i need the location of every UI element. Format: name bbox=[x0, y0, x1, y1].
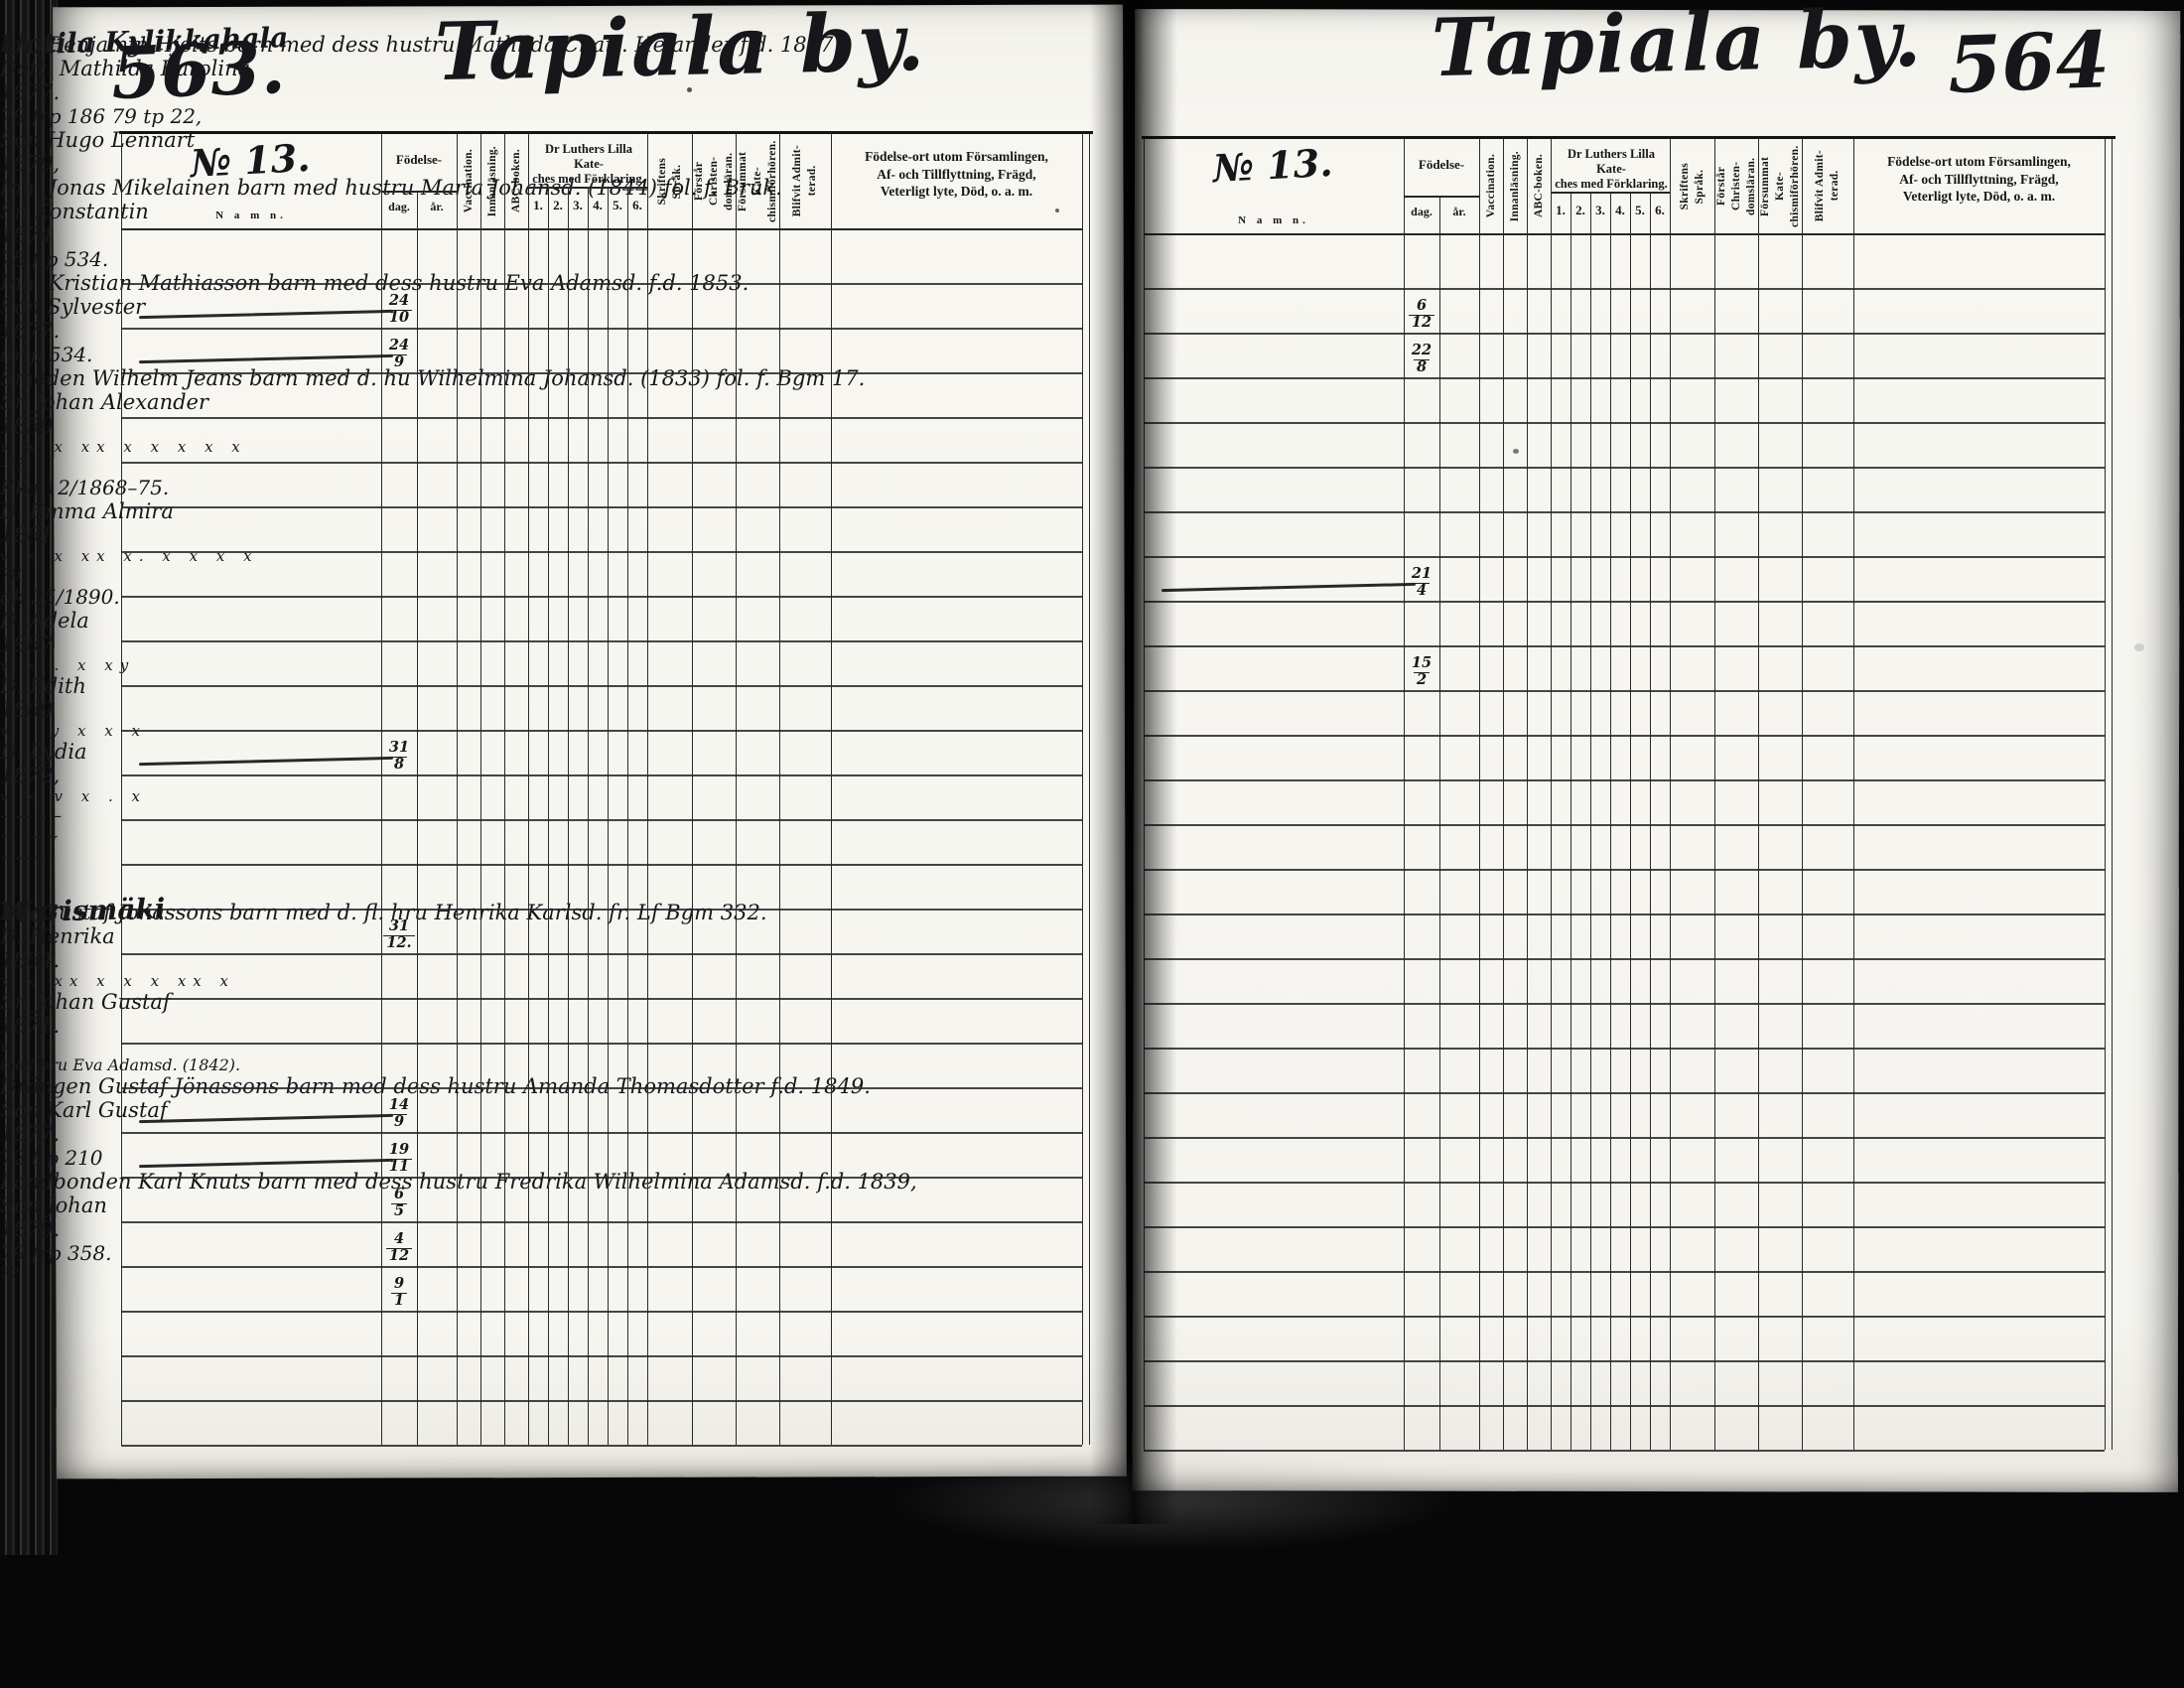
grid-hline bbox=[1144, 824, 2105, 826]
exam-marks: v x . x xy bbox=[0, 656, 2184, 674]
header-kateches-col: 4. bbox=[1610, 203, 1630, 218]
grid-vline bbox=[480, 134, 481, 1445]
grid-hline bbox=[121, 1043, 1082, 1045]
grid-vline bbox=[1758, 139, 1759, 1450]
grid-vline bbox=[457, 134, 458, 1445]
birth-day-part: 9 bbox=[394, 1277, 404, 1292]
grid-vline bbox=[1610, 192, 1611, 1450]
birth-day: 152 bbox=[1405, 656, 1438, 687]
grid-hline bbox=[121, 685, 1082, 687]
birth-year: 1877. bbox=[0, 319, 2184, 343]
grid-vline bbox=[1650, 192, 1651, 1450]
grid-hline bbox=[121, 328, 1082, 330]
header-abc-boken-label: ABC-boken. bbox=[509, 149, 524, 212]
exam-marks: v x x xx x x x x x bbox=[0, 438, 2184, 456]
grid-hline bbox=[1144, 779, 2105, 781]
birth-year: 1869 bbox=[0, 698, 2184, 722]
birth-day: 2410 bbox=[382, 294, 416, 325]
birth-day-part: 9 bbox=[391, 1114, 407, 1130]
grid-hline bbox=[121, 372, 1082, 374]
grid-hline bbox=[1144, 511, 2105, 513]
grid-hline bbox=[1144, 601, 2105, 603]
header-vaccination-label: Vaccination. bbox=[462, 149, 477, 212]
grade-note: 78. bbox=[0, 565, 2184, 585]
margin-note: Kka 12/1868–75. bbox=[0, 476, 2184, 499]
grade-note: -75. bbox=[0, 456, 2184, 476]
grid-vline bbox=[779, 134, 780, 1445]
header-kateches: Dr Luthers Lilla Kate- ches med Förklari… bbox=[1553, 147, 1670, 192]
header-kateches-col: 2. bbox=[1570, 203, 1590, 218]
grid-hline bbox=[121, 1087, 1082, 1089]
header-ar: år. bbox=[417, 200, 457, 214]
birth-day-part: 4 bbox=[394, 1232, 404, 1247]
grid-vline bbox=[1082, 134, 1083, 1445]
grid-vline bbox=[2112, 139, 2113, 1450]
scanned-ledger-photo: { "table_header": { "namn": "N a m n.", … bbox=[0, 0, 2184, 1688]
birth-day-part: 12 bbox=[386, 1248, 412, 1264]
birth-day-part: 19 bbox=[389, 1143, 409, 1158]
header-vaccination: Vaccination. bbox=[1479, 141, 1503, 231]
header-skriftens-sprak-label: Skriftens Språk. bbox=[655, 158, 685, 205]
grid-hline bbox=[1144, 1048, 2105, 1050]
header-kateches-col: 6. bbox=[627, 198, 647, 213]
header-abc-boken: ABC-boken. bbox=[504, 136, 528, 226]
header-fodelse: Födelse- bbox=[1404, 157, 1479, 173]
grid-vline bbox=[1503, 139, 1504, 1450]
grid-hline bbox=[121, 417, 1082, 419]
birth-day-part: 12 bbox=[1409, 315, 1434, 331]
grid-hline bbox=[1144, 914, 2105, 915]
grid-vline bbox=[417, 191, 418, 1445]
birth-day-part: 24 bbox=[389, 294, 409, 309]
grid-hline bbox=[121, 1400, 1082, 1402]
grid-hline bbox=[121, 640, 1082, 642]
header-forstar-christendomslaran-label: Förstår Christen- domsläran. bbox=[692, 136, 737, 226]
margin-note: 75 f p 534. bbox=[0, 247, 2184, 271]
header-abc-boken: ABC-boken. bbox=[1527, 141, 1551, 231]
birth-day: 1911 bbox=[382, 1143, 416, 1174]
grid-vline bbox=[1714, 139, 1715, 1450]
person-name: Son Sylvester bbox=[0, 295, 2184, 319]
header-forstar-christendomslaran: Förstår Christen- domsläran. bbox=[1714, 141, 1758, 231]
header-blifvit-admitterad: Blifvit Admit- terad. bbox=[779, 136, 831, 226]
header-abc-boken-label: ABC-boken. bbox=[1532, 154, 1547, 217]
grid-vline bbox=[528, 134, 529, 1445]
birth-year: 1877. bbox=[0, 1122, 2184, 1146]
grid-hline bbox=[121, 1177, 1082, 1179]
grid-hline bbox=[121, 819, 1082, 821]
header-forstar-christendomslaran: Förstår Christen- domsläran. bbox=[692, 136, 736, 226]
grid-hline bbox=[121, 1266, 1082, 1268]
header-kateches-col: 6. bbox=[1650, 203, 1670, 218]
grid-hline bbox=[121, 953, 1082, 955]
birth-day: 318 bbox=[382, 741, 416, 772]
grid-vline bbox=[1590, 192, 1591, 1450]
header-kateches-col: 1. bbox=[528, 198, 548, 213]
household-no: № 13. bbox=[160, 133, 341, 187]
header-kateches-col: 5. bbox=[1630, 203, 1650, 218]
birth-day-part: 14 bbox=[389, 1098, 409, 1113]
grid-hline bbox=[1144, 1182, 2105, 1184]
exam-marks: x x xx x x x xx x bbox=[0, 972, 2184, 990]
birth-day-part: 8 bbox=[391, 757, 407, 773]
grid-hline bbox=[121, 1355, 1082, 1357]
grid-vline bbox=[1802, 139, 1803, 1450]
margin-note: 72 t p 210 bbox=[0, 1146, 2184, 1170]
header-vaccination: Vaccination. bbox=[457, 136, 480, 226]
grid-vline bbox=[548, 187, 549, 1445]
person-name: Son Johan bbox=[0, 1194, 2184, 1217]
header-innanlasning: Innanläsning. bbox=[480, 136, 504, 226]
grid-hline bbox=[121, 506, 1082, 508]
birth-day-part: 15 bbox=[1412, 656, 1432, 671]
grid-hline bbox=[121, 1445, 1082, 1447]
table-top-border bbox=[1142, 136, 2116, 139]
header-innanlasning-label: Innanläsning. bbox=[485, 146, 500, 216]
person-name: D. Adela bbox=[0, 609, 2184, 633]
grid-vline bbox=[1144, 139, 1145, 1450]
birth-year: 1864. bbox=[0, 948, 2184, 972]
birth-day-part: 11 bbox=[386, 1159, 412, 1175]
grid-hline bbox=[1144, 690, 2105, 692]
birth-day-part: 21 bbox=[1412, 567, 1432, 582]
header-innanlasning-label: Innanläsning. bbox=[1508, 151, 1523, 221]
household-no: № 13. bbox=[1182, 138, 1363, 192]
header-blifvit-admitterad-label: Blifvit Admit- terad. bbox=[1813, 150, 1843, 221]
grid-hline bbox=[121, 1311, 1082, 1313]
person-name: D. Henrika bbox=[0, 924, 2184, 948]
header-skriftens-sprak: Skriftens Språk. bbox=[1670, 141, 1714, 231]
grid-hline bbox=[1144, 288, 2105, 290]
family-entry: Drängen Gustaf Jönassons barn med dess h… bbox=[0, 1074, 2184, 1098]
birth-day: 412 bbox=[382, 1232, 416, 1263]
birth-day-part: 1 bbox=[391, 1293, 407, 1309]
grid-vline bbox=[504, 134, 505, 1445]
birth-day-part: 4 bbox=[1414, 583, 1430, 599]
header-ar: år. bbox=[1439, 205, 1479, 219]
grid-hline bbox=[1144, 645, 2105, 647]
header-dag: dag. bbox=[381, 200, 417, 214]
scan-speck bbox=[687, 87, 692, 92]
margin-note: 78 frp 186 79 tp 22, bbox=[0, 104, 2184, 128]
header-fodelse: Födelse- bbox=[381, 152, 457, 168]
header-forsummat-katechismiforhoren-label: Försummat Kate- chismiförhören. bbox=[1758, 141, 1803, 231]
header-kateches-col: 3. bbox=[568, 198, 588, 213]
header-dag: dag. bbox=[1404, 205, 1439, 219]
scan-speck bbox=[1055, 209, 1059, 212]
birth-year: 1867 bbox=[0, 633, 2184, 656]
exam-marks: v bbox=[0, 1038, 2184, 1055]
grid-hline bbox=[1144, 333, 2105, 335]
birth-day-part: 8 bbox=[1414, 359, 1430, 375]
birth-day-part: 6 bbox=[394, 1188, 404, 1202]
birth-day-part: 12. bbox=[383, 935, 414, 951]
grid-hline bbox=[121, 1132, 1082, 1134]
person-name: Sn Johan Gustaf bbox=[0, 990, 2184, 1014]
header-skriftens-sprak-label: Skriftens Språk. bbox=[1678, 163, 1707, 210]
header-forstar-christendomslaran-label: Förstår Christen- domsläran. bbox=[1714, 141, 1759, 231]
grid-hline bbox=[1144, 467, 2105, 469]
annotation: ~ –– ~ bbox=[0, 826, 2184, 847]
birth-day: 149 bbox=[382, 1098, 416, 1129]
fodelse-divider bbox=[1404, 196, 1479, 198]
grid-hline bbox=[1144, 1405, 2105, 1407]
grid-hline bbox=[121, 551, 1082, 553]
grid-vline bbox=[1089, 134, 1090, 1445]
header-vaccination-label: Vaccination. bbox=[1484, 154, 1499, 217]
scan-speck bbox=[1513, 449, 1519, 454]
grid-hline bbox=[1144, 1316, 2105, 1318]
birth-day-part: 9 bbox=[391, 354, 407, 370]
header-kateches-col: 2. bbox=[548, 198, 568, 213]
scan-speck bbox=[2134, 643, 2144, 651]
header-namn: N a m n. bbox=[1144, 214, 1404, 226]
grid-vline bbox=[1630, 192, 1631, 1450]
birth-day-part: 10 bbox=[386, 310, 412, 326]
grid-hline bbox=[121, 864, 1082, 866]
header-kateches: Dr Luthers Lilla Kate- ches med Förklari… bbox=[530, 142, 647, 187]
birth-day: 249 bbox=[382, 339, 416, 369]
annotation: 77 bbox=[0, 1265, 2184, 1283]
person-name: Sn Johan Alexander bbox=[0, 390, 2184, 414]
grid-vline bbox=[568, 187, 569, 1445]
header-blifvit-admitterad: Blifvit Admit- terad. bbox=[1802, 141, 1853, 231]
birth-year: 1874 bbox=[0, 223, 2184, 247]
birth-day: 91 bbox=[382, 1277, 416, 1308]
birth-year: 1861 bbox=[0, 523, 2184, 547]
grid-vline bbox=[608, 187, 609, 1445]
grid-vline bbox=[588, 187, 589, 1445]
header-namn: N a m n. bbox=[121, 210, 381, 221]
grid-hline bbox=[1144, 1003, 2105, 1005]
grid-vline bbox=[1404, 139, 1405, 1450]
birth-day-part: 2 bbox=[1414, 672, 1430, 688]
header-kateches-col: 4. bbox=[588, 198, 608, 213]
grid-hline bbox=[121, 283, 1082, 285]
grid-hline bbox=[121, 462, 1082, 464]
grid-hline bbox=[1144, 1271, 2105, 1273]
grid-hline bbox=[1144, 422, 2105, 424]
header-fodelseort: Födelse-ort utom Församlingen, Af- och T… bbox=[1856, 153, 2102, 206]
header-forsummat-katechismiforhoren-label: Försummat Kate- chismiförhören. bbox=[736, 136, 780, 226]
ledger-content: 563. Tapiala by. Tapiala by. 564 № 13.N … bbox=[0, 0, 2184, 1688]
annotation: – — – – bbox=[0, 805, 2184, 826]
grid-vline bbox=[1439, 196, 1440, 1450]
header-innanlasning: Innanläsning. bbox=[1503, 141, 1527, 231]
grid-hline bbox=[1144, 1360, 2105, 1362]
birth-day-part: 6 bbox=[1417, 299, 1427, 314]
grid-vline bbox=[2105, 139, 2106, 1450]
birth-day-part: 31 bbox=[389, 919, 409, 934]
grid-hline bbox=[121, 730, 1082, 732]
header-bottom-line bbox=[1144, 233, 2105, 235]
inline-note: med hru Eva Adamsd. (1842). bbox=[0, 1055, 2184, 1074]
grid-vline bbox=[647, 134, 648, 1445]
header-kateches-col: 1. bbox=[1551, 203, 1570, 218]
birth-day-part: 31 bbox=[389, 741, 409, 756]
grid-hline bbox=[121, 998, 1082, 1000]
grid-vline bbox=[692, 134, 693, 1445]
grid-vline bbox=[1479, 139, 1480, 1450]
grid-hline bbox=[121, 596, 1082, 598]
header-forsummat-katechismiforhoren: Försummat Kate- chismiförhören. bbox=[1758, 141, 1802, 231]
birth-day: 214 bbox=[1405, 567, 1438, 598]
header-bottom-line bbox=[121, 228, 1082, 230]
grid-hline bbox=[1144, 1092, 2105, 1094]
margin-note: 79 frp 358. bbox=[0, 1241, 2184, 1265]
header-forsummat-katechismiforhoren: Försummat Kate- chismiförhören. bbox=[736, 136, 779, 226]
birth-day: 65 bbox=[382, 1188, 416, 1218]
grid-hline bbox=[1144, 1450, 2105, 1452]
grid-vline bbox=[1570, 192, 1571, 1450]
exam-marks: v x v x . x bbox=[0, 787, 2184, 805]
grid-hline bbox=[1144, 1226, 2105, 1228]
grid-hline bbox=[121, 1221, 1082, 1223]
grid-vline bbox=[1551, 139, 1552, 1450]
grid-vline bbox=[831, 134, 832, 1445]
header-kateches-col: 3. bbox=[1590, 203, 1610, 218]
grid-vline bbox=[1670, 139, 1671, 1450]
grid-hline bbox=[121, 774, 1082, 776]
header-blifvit-admitterad-label: Blifvit Admit- terad. bbox=[790, 145, 820, 216]
grid-vline bbox=[121, 134, 122, 1445]
header-skriftens-sprak: Skriftens Språk. bbox=[647, 136, 692, 226]
grid-vline bbox=[736, 134, 737, 1445]
birth-day-part: 24 bbox=[389, 339, 409, 353]
fodelse-divider bbox=[381, 191, 457, 193]
grid-hline bbox=[1144, 556, 2105, 558]
table-top-border bbox=[119, 131, 1093, 134]
grid-hline bbox=[1144, 735, 2105, 737]
birth-day: 228 bbox=[1405, 344, 1438, 374]
grid-hline bbox=[1144, 958, 2105, 960]
birth-year: 1871. bbox=[0, 1014, 2184, 1038]
grid-vline bbox=[627, 187, 628, 1445]
birth-day: 3112. bbox=[382, 919, 416, 950]
header-kateches-col: 5. bbox=[608, 198, 627, 213]
birth-day: 612 bbox=[1405, 299, 1438, 330]
grid-vline bbox=[1853, 139, 1854, 1450]
grid-hline bbox=[1144, 377, 2105, 379]
grid-hline bbox=[1144, 1137, 2105, 1139]
page-number-right: 564 bbox=[1946, 15, 2111, 111]
birth-day-part: 22 bbox=[1412, 344, 1432, 358]
birth-day-part: 5 bbox=[391, 1203, 407, 1219]
grid-vline bbox=[1527, 139, 1528, 1450]
margin-note: ifr p 534. bbox=[0, 343, 2184, 366]
header-fodelseort: Födelse-ort utom Församlingen, Af- och T… bbox=[834, 148, 1079, 201]
